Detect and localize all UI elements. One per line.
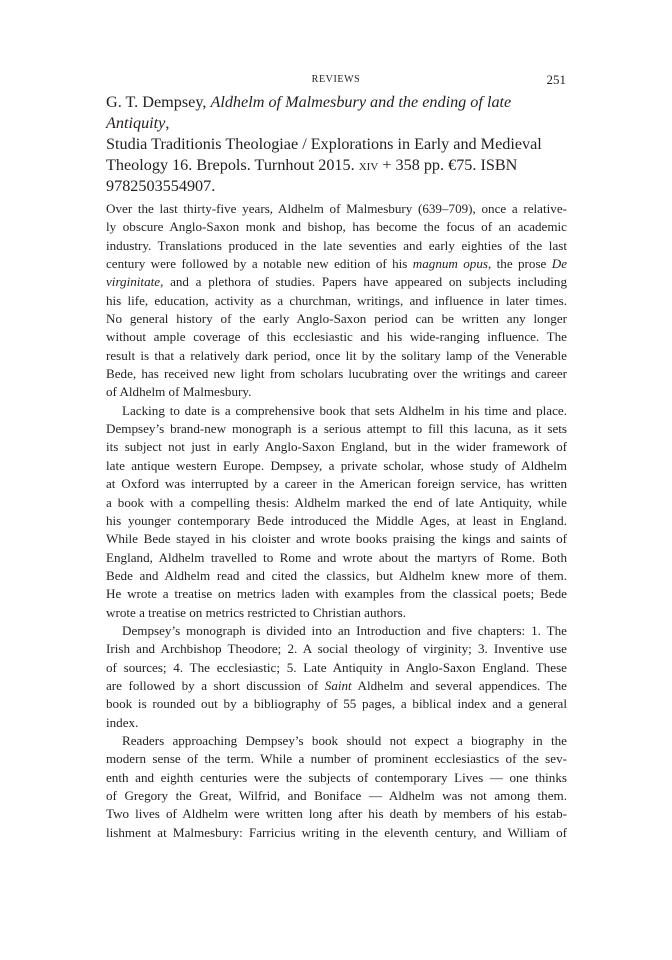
text-line: his life, education, activity as a churc… [106, 292, 567, 310]
text-line: Dempsey’s brand-new monograph is a serio… [106, 420, 567, 438]
paragraph: Dempsey’s monograph is divided into an I… [106, 622, 567, 732]
italic-text: magnum opus [413, 256, 488, 271]
text-line: without ample coverage of this ecclesias… [106, 328, 567, 346]
text-line: Dempsey’s monograph is divided into an I… [106, 622, 567, 640]
citation-punctuation: , [165, 114, 169, 132]
text-line: modern sense of the term. While a number… [106, 750, 567, 768]
text-line: result is that a relatively dark period,… [106, 347, 567, 365]
citation-pages-price: + 358 pp. €75. ISBN [378, 156, 517, 174]
text-line: his younger contemporary Bede introduced… [106, 512, 567, 530]
citation-isbn: 9782503554907. [106, 177, 215, 195]
text-line: ly obscure Anglo-Saxon monk and bishop, … [106, 218, 567, 236]
text-line: lishment at Malmesbury: Farricius writin… [106, 824, 567, 842]
text-line: Bede, has received new light from schola… [106, 365, 567, 383]
text-line: late antique western Europe. Dempsey, a … [106, 457, 567, 475]
text-line: Lacking to date is a comprehensive book … [106, 402, 567, 420]
citation-series-number: Theology 16. Brepols. Turnhout 2015. [106, 156, 359, 174]
text-line: Two lives of Aldhelm were written long a… [106, 805, 567, 823]
text-line: enth and eighth centuries were the subje… [106, 769, 567, 787]
text-line: at Oxford was interrupted by a career in… [106, 475, 567, 493]
text-line: While Bede stayed in his cloister and wr… [106, 530, 567, 548]
text-line: its subject not just in early Anglo-Saxo… [106, 438, 567, 456]
citation-author: G. T. Dempsey, [106, 93, 210, 111]
paragraph: Over the last thirty-five years, Aldhelm… [106, 200, 567, 402]
text-line: virginitate, and a plethora of studies. … [106, 273, 567, 291]
text-line: of Aldhelm of Malmesbury. [106, 383, 567, 401]
italic-text: Saint [325, 678, 352, 693]
paragraph: Readers approaching Dempsey’s book shoul… [106, 732, 567, 842]
book-citation: G. T. Dempsey, Aldhelm of Malmesbury and… [106, 92, 568, 197]
text-line: wrote a treatise on metrics restricted t… [106, 604, 567, 622]
paragraph: Lacking to date is a comprehensive book … [106, 402, 567, 622]
italic-text: De [552, 256, 567, 271]
citation-pages-roman: xiv [359, 156, 379, 174]
text-line: are followed by a short discussion of Sa… [106, 677, 567, 695]
running-title: REVIEWS [106, 74, 566, 85]
running-head: REVIEWS 251 [106, 72, 566, 88]
text-line: of Gregory the Great, Wilfrid, and Bonif… [106, 787, 567, 805]
text-line: Readers approaching Dempsey’s book shoul… [106, 732, 567, 750]
text-line: of sources; 4. The ecclesiastic; 5. Late… [106, 659, 567, 677]
text-line: Over the last thirty-five years, Aldhelm… [106, 200, 567, 218]
text-line: Bede and Aldhelm read and cited the clas… [106, 567, 567, 585]
text-line: No general history of the early Anglo-Sa… [106, 310, 567, 328]
text-line: Irish and Archbishop Theodore; 2. A soci… [106, 640, 567, 658]
text-line: book is rounded out by a bibliography of… [106, 695, 567, 713]
text-line: a book with a compelling thesis: Aldhelm… [106, 494, 567, 512]
text-line: industry. Translations produced in the l… [106, 237, 567, 255]
text-line: He wrote a treatise on metrics laden wit… [106, 585, 567, 603]
text-line: century were followed by a notable new e… [106, 255, 567, 273]
citation-series: Studia Traditionis Theologiae / Explorat… [106, 135, 542, 153]
page-number: 251 [547, 72, 567, 88]
text-line: index. [106, 714, 567, 732]
text-line: England, Aldhelm travelled to Rome and w… [106, 549, 567, 567]
review-body: Over the last thirty-five years, Aldhelm… [106, 200, 567, 842]
italic-text: virginitate [106, 274, 160, 289]
